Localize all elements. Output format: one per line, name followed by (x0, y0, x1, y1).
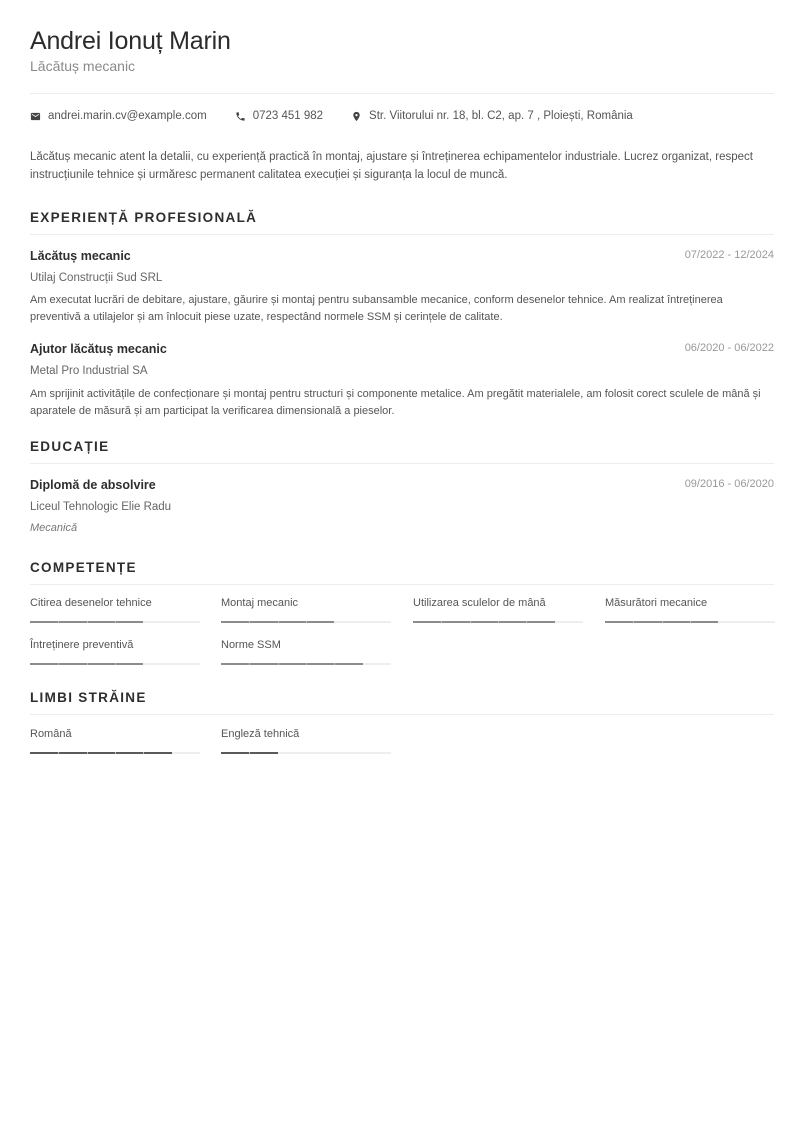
contact-email[interactable]: andrei.marin.cv@example.com (30, 110, 207, 122)
level-segment-divider (249, 621, 250, 623)
header-divider (30, 93, 774, 94)
job-title: Ajutor lăcătuș mecanic (30, 342, 167, 356)
job-dates: 06/2020 - 06/2022 (685, 342, 774, 354)
skill-level-bar (413, 621, 583, 623)
skills-heading: COMPETENȚE (30, 560, 137, 575)
level-segment-divider (306, 663, 307, 665)
level-segment-divider (662, 621, 663, 623)
level-segment-divider (143, 752, 144, 754)
level-segment-divider (526, 621, 527, 623)
contact-email-text: andrei.marin.cv@example.com (48, 110, 207, 122)
level-segment-divider (334, 663, 335, 665)
job-dates: 07/2022 - 12/2024 (685, 249, 774, 261)
contact-address: Str. Viitorului nr. 18, bl. C2, ap. 7 , … (351, 110, 633, 122)
level-segment-divider (58, 663, 59, 665)
experience-divider (30, 234, 774, 235)
education-dates: 09/2016 - 06/2020 (685, 478, 774, 490)
level-segment-divider (115, 621, 116, 623)
skill-level-bar (30, 621, 200, 623)
education-school: Liceul Tehnologic Elie Radu (30, 501, 171, 513)
language-name: Engleză tehnică (221, 728, 391, 742)
language-item: Engleză tehnică (221, 728, 391, 754)
skill-item: Întreținere preventivă (30, 639, 200, 665)
contact-phone-text: 0723 451 982 (253, 110, 323, 122)
education-degree: Diplomă de absolvire (30, 478, 156, 492)
skill-name: Utilizarea sculelor de mână (413, 597, 583, 611)
skills-divider (30, 584, 774, 585)
level-segment-divider (470, 621, 471, 623)
level-segment-divider (690, 621, 691, 623)
contact-phone[interactable]: 0723 451 982 (235, 110, 323, 122)
level-fill (413, 621, 555, 623)
candidate-name: Andrei Ionuț Marin (30, 27, 231, 56)
location-pin-icon (351, 111, 362, 122)
skill-level-bar (605, 621, 775, 623)
skill-name: Întreținere preventivă (30, 639, 200, 653)
job-description: Am sprijinit activitățile de confecționa… (30, 386, 774, 420)
level-segment-divider (58, 621, 59, 623)
job-title: Lăcătuș mecanic (30, 249, 131, 263)
level-segment-divider (633, 621, 634, 623)
contact-bar: andrei.marin.cv@example.com 0723 451 982… (30, 110, 661, 122)
experience-heading: EXPERIENȚĂ PROFESIONALĂ (30, 210, 257, 225)
profile-summary: Lăcătuș mecanic atent la detalii, cu exp… (30, 148, 774, 184)
language-name: Română (30, 728, 200, 742)
level-fill (30, 752, 172, 754)
job-company: Utilaj Construcții Sud SRL (30, 272, 162, 284)
level-segment-divider (249, 752, 250, 754)
level-segment-divider (115, 663, 116, 665)
education-field: Mecanică (30, 522, 77, 534)
skill-item: Utilizarea sculelor de mână (413, 597, 583, 623)
skill-name: Măsurători mecanice (605, 597, 775, 611)
level-segment-divider (58, 752, 59, 754)
skill-level-bar (30, 663, 200, 665)
skill-item: Montaj mecanic (221, 597, 391, 623)
mail-icon (30, 111, 41, 122)
level-segment-divider (278, 663, 279, 665)
skill-item: Măsurători mecanice (605, 597, 775, 623)
level-fill (221, 663, 363, 665)
level-segment-divider (115, 752, 116, 754)
level-segment-divider (87, 663, 88, 665)
skill-name: Montaj mecanic (221, 597, 391, 611)
skill-level-bar (221, 621, 391, 623)
job-company: Metal Pro Industrial SA (30, 365, 148, 377)
contact-address-text: Str. Viitorului nr. 18, bl. C2, ap. 7 , … (369, 110, 633, 122)
language-level-bar (30, 752, 200, 754)
candidate-title: Lăcătuș mecanic (30, 58, 135, 74)
level-segment-divider (87, 752, 88, 754)
level-segment-divider (87, 621, 88, 623)
phone-icon (235, 111, 246, 122)
education-heading: EDUCAȚIE (30, 439, 109, 454)
language-level-bar (221, 752, 391, 754)
level-segment-divider (498, 621, 499, 623)
level-segment-divider (306, 621, 307, 623)
job-description: Am executat lucrări de debitare, ajustar… (30, 292, 774, 326)
skill-name: Norme SSM (221, 639, 391, 653)
skill-level-bar (221, 663, 391, 665)
language-item: Română (30, 728, 200, 754)
languages-heading: LIMBI STRĂINE (30, 690, 147, 705)
skill-item: Norme SSM (221, 639, 391, 665)
level-segment-divider (278, 621, 279, 623)
level-segment-divider (249, 663, 250, 665)
level-segment-divider (441, 621, 442, 623)
education-divider (30, 463, 774, 464)
languages-divider (30, 714, 774, 715)
skill-name: Citirea desenelor tehnice (30, 597, 200, 611)
skill-item: Citirea desenelor tehnice (30, 597, 200, 623)
